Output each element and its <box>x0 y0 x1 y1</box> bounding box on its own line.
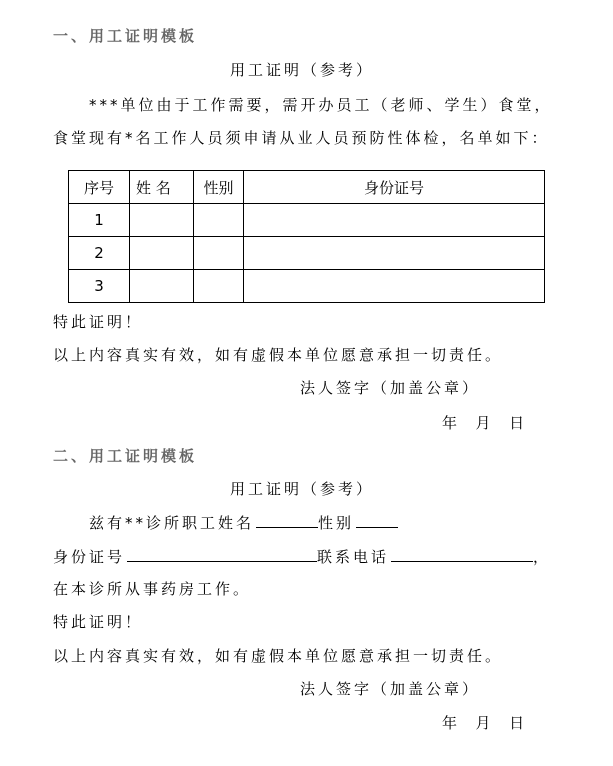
staff-table: 序号 姓 名 性别 身份证号 1 2 3 <box>68 170 545 303</box>
header-name: 姓 名 <box>130 171 194 204</box>
cell-no: 3 <box>69 270 130 303</box>
header-no: 序号 <box>69 171 130 204</box>
cell-no: 2 <box>69 237 130 270</box>
section1-paragraph-line2: 食堂现有*名工作人员须申请从业人员预防性体检，名单如下： <box>53 128 550 148</box>
line1-prefix: 兹有**诊所职工姓名 <box>89 514 254 532</box>
line2-comma: ， <box>533 548 551 566</box>
section1-date: 年 月 日 <box>442 413 527 433</box>
section2-line3: 在本诊所从事药房工作。 <box>53 579 251 599</box>
section1-signature: 法人签字（加盖公章） <box>300 378 480 398</box>
cell-id[interactable] <box>244 237 545 270</box>
id-label: 身份证号 <box>53 548 125 566</box>
header-gender: 性别 <box>194 171 244 204</box>
phone-label: 联系电话 <box>317 548 389 566</box>
section1-heading: 一、用工证明模板 <box>53 26 197 46</box>
id-blank[interactable] <box>127 546 317 562</box>
section2-line1: 兹有**诊所职工姓名性别 <box>89 512 398 533</box>
phone-blank[interactable] <box>391 546 533 562</box>
section2-statement: 以上内容真实有效，如有虚假本单位愿意承担一切责任。 <box>53 646 503 666</box>
section2-date: 年 月 日 <box>442 713 527 733</box>
header-id: 身份证号 <box>244 171 545 204</box>
cell-name[interactable] <box>130 270 194 303</box>
section2-signature: 法人签字（加盖公章） <box>300 679 480 699</box>
cell-gender[interactable] <box>194 237 244 270</box>
section2-title: 用工证明（参考） <box>230 479 374 499</box>
table-row: 2 <box>69 237 545 270</box>
section1-title: 用工证明（参考） <box>230 60 374 80</box>
cell-gender[interactable] <box>194 204 244 237</box>
cell-no: 1 <box>69 204 130 237</box>
section2-line2: 身份证号联系电话， <box>53 546 551 567</box>
name-blank[interactable] <box>256 512 318 528</box>
section1-paragraph-line1: ***单位由于工作需要，需开办员工（老师、学生）食堂， <box>89 95 553 115</box>
table-header-row: 序号 姓 名 性别 身份证号 <box>69 171 545 204</box>
cell-gender[interactable] <box>194 270 244 303</box>
section2-heading: 二、用工证明模板 <box>53 446 197 466</box>
table-row: 1 <box>69 204 545 237</box>
section2-certify: 特此证明！ <box>53 612 143 632</box>
table-row: 3 <box>69 270 545 303</box>
gender-blank[interactable] <box>356 512 398 528</box>
cell-name[interactable] <box>130 237 194 270</box>
cell-id[interactable] <box>244 204 545 237</box>
line1-gender-label: 性别 <box>318 514 354 532</box>
cell-name[interactable] <box>130 204 194 237</box>
section1-statement: 以上内容真实有效，如有虚假本单位愿意承担一切责任。 <box>53 345 503 365</box>
cell-id[interactable] <box>244 270 545 303</box>
section1-certify: 特此证明！ <box>53 312 143 332</box>
